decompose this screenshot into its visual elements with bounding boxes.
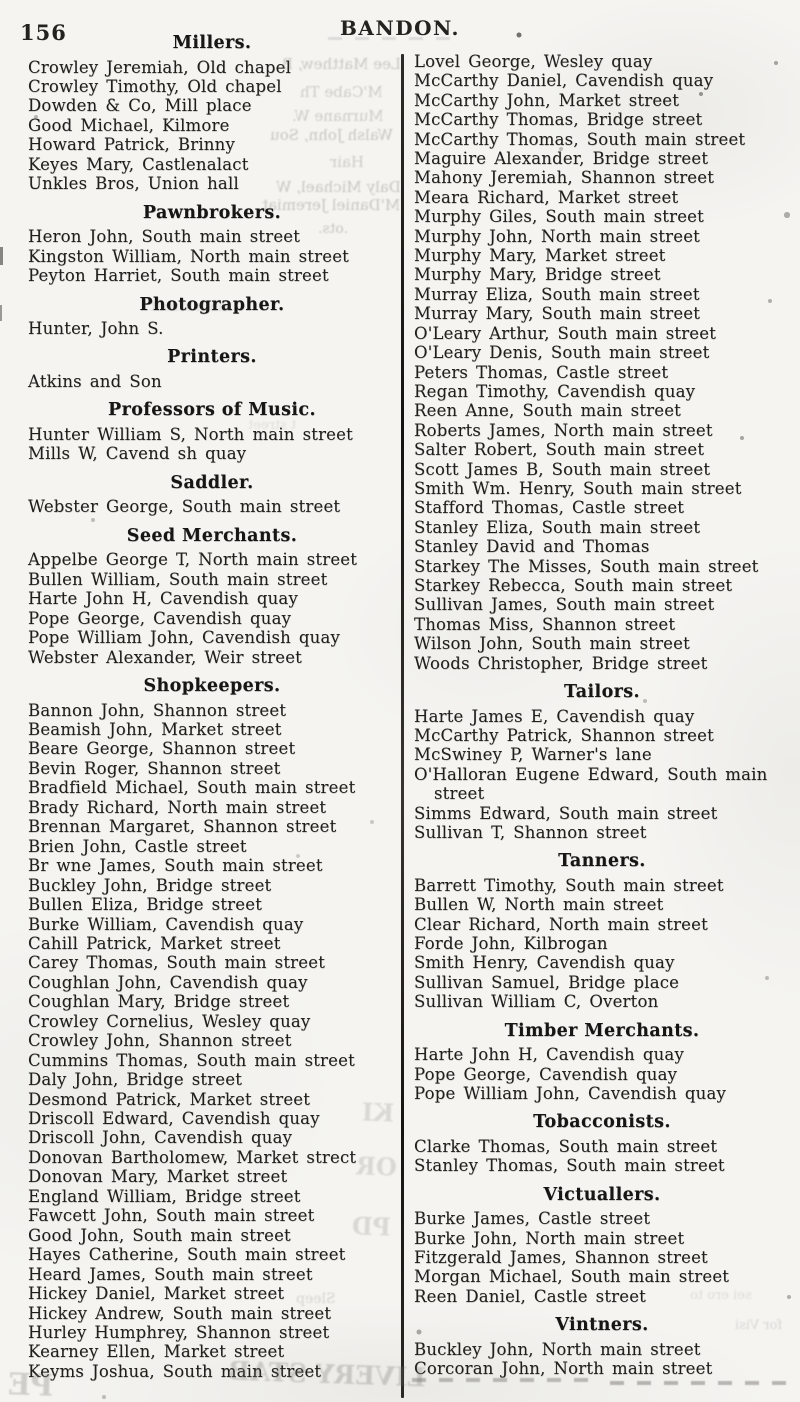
directory-entry: McCarthy Thomas, South main street — [414, 130, 790, 149]
section-heading: Tailors. — [414, 683, 790, 703]
bleedthrough-text: M'Daniel Jeremiat — [262, 196, 400, 214]
directory-entry: Scott James B, South main street — [414, 460, 790, 479]
directory-entry: Bannon John, Shannon street — [28, 701, 396, 720]
directory-entry: Roberts James, North main street — [414, 421, 790, 440]
bleedthrough-text: .ots. — [318, 221, 348, 237]
directory-section: Tanners.Barrett Timothy, South main stre… — [414, 852, 790, 1011]
directory-entry: Bullen W, North main street — [414, 895, 790, 914]
directory-entry: Bullen Eliza, Bridge street — [28, 895, 396, 914]
directory-entry: Br wne James, South main street — [28, 856, 396, 875]
bleedthrough-text: sei ero to — [690, 1288, 752, 1303]
directory-entry: Cahill Patrick, Market street — [28, 934, 396, 953]
directory-entry: Woods Christopher, Bridge street — [414, 654, 790, 673]
directory-section: Pawnbrokers.Heron John, South main stree… — [28, 204, 396, 286]
bleedthrough-text: Murnane W. — [292, 107, 384, 125]
bleedthrough-text: Lee Matthew, B — [282, 55, 401, 73]
directory-entry: Simms Edward, South main street — [414, 804, 790, 823]
directory-section: Tailors.Harte James E, Cavendish quayMcC… — [414, 683, 790, 842]
directory-entry: Heard James, South main street — [28, 1265, 396, 1284]
section-heading: Printers. — [28, 348, 396, 368]
directory-entry: Hunter, John S. — [28, 319, 396, 338]
scan-speckles — [0, 0, 2, 2]
directory-entry: Reen Anne, South main street — [414, 401, 790, 420]
smudge-mark — [412, 1378, 594, 1382]
directory-entry: Morgan Michael, South main street — [414, 1267, 790, 1286]
directory-entry: O'Leary Arthur, South main street — [414, 324, 790, 343]
directory-entry: Forde John, Kilbrogan — [414, 934, 790, 953]
directory-entry: Murphy Giles, South main street — [414, 207, 790, 226]
column-divider-rule — [401, 54, 404, 1398]
directory-entry: Clarke Thomas, South main street — [414, 1137, 790, 1156]
bleedthrough-text: PE — [7, 1367, 54, 1402]
directory-entry: Stanley David and Thomas — [414, 537, 790, 556]
directory-entry: Kearney Ellen, Market street — [28, 1342, 396, 1361]
directory-entry: Murphy John, North main street — [414, 227, 790, 246]
directory-entry: Barrett Timothy, South main street — [414, 876, 790, 895]
directory-entry: Hickey Andrew, South main street — [28, 1304, 396, 1323]
bleedthrough-text: main street — [150, 299, 231, 315]
directory-entry: Mahony Jeremiah, Shannon street — [414, 168, 790, 187]
directory-entry: Pope William John, Cavendish quay — [28, 628, 396, 647]
directory-entry: Hickey Daniel, Market street — [28, 1284, 396, 1303]
bleedthrough-text: for Visi — [735, 1318, 782, 1333]
bleedthrough-text: Sleep — [296, 1291, 336, 1307]
directory-entry: Pope George, Cavendish quay — [28, 609, 396, 628]
directory-entry: Good John, South main street — [28, 1226, 396, 1245]
directory-entry: Fawcett John, South main street — [28, 1206, 396, 1225]
directory-entry: Coughlan John, Cavendish quay — [28, 973, 396, 992]
directory-entry: Salter Robert, South main street — [414, 440, 790, 459]
directory-entry: Corcoran John, North main street — [414, 1359, 790, 1378]
directory-entry: Driscoll John, Cavendish quay — [28, 1128, 396, 1147]
directory-entry: Harte John H, Cavendish quay — [28, 589, 396, 608]
bleedthrough-text: KI — [362, 1097, 395, 1127]
bleedthrough-text: Daly Michael, W — [276, 178, 401, 196]
directory-entry: Clear Richard, North main street — [414, 915, 790, 934]
section-heading: Shopkeepers. — [28, 677, 396, 697]
directory-entry: Hunter William S, North main street — [28, 425, 396, 444]
directory-entry: McCarthy Thomas, Bridge street — [414, 110, 790, 129]
directory-entry: Appelbe George T, North main street — [28, 550, 396, 569]
bleedthrough-text: OR — [356, 1151, 398, 1181]
scan-edge-mark — [0, 247, 3, 265]
section-heading: Tanners. — [414, 852, 790, 872]
directory-entry: Stafford Thomas, Castle street — [414, 498, 790, 517]
section-heading: Vintners. — [414, 1316, 790, 1336]
directory-entry: Peters Thomas, Castle street — [414, 363, 790, 382]
directory-entry: Donovan Bartholomew, Market strect — [28, 1148, 396, 1167]
scan-edge-mark — [0, 305, 2, 321]
directory-entry: O'Leary Denis, South main street — [414, 343, 790, 362]
directory-entry: O'Halloran Eugene Edward, South main str… — [414, 765, 790, 804]
directory-entry: Webster George, South main street — [28, 497, 396, 516]
directory-entry: Thomas Miss, Shannon street — [414, 615, 790, 634]
bleedthrough-text: Hair — [330, 153, 364, 171]
section-heading: Saddler. — [28, 474, 396, 494]
directory-entry: Stanley Thomas, South main street — [414, 1156, 790, 1175]
directory-entry: Regan Timothy, Cavendish quay — [414, 382, 790, 401]
directory-entry: Murray Mary, South main street — [414, 304, 790, 323]
directory-entry: Burke James, Castle street — [414, 1209, 790, 1228]
directory-entry: McCarthy Patrick, Shannon street — [414, 726, 790, 745]
section-heading: Millers. — [28, 34, 396, 54]
directory-entry: Smith Wm. Henry, South main street — [414, 479, 790, 498]
directory-entry: Sullivan Samuel, Bridge place — [414, 973, 790, 992]
directory-entry: Fitzgerald James, Shannon street — [414, 1248, 790, 1267]
directory-entry: McSwiney P, Warner's lane — [414, 745, 790, 764]
section-heading: Professors of Music. — [28, 401, 396, 421]
directory-entry: Hayes Catherine, South main street — [28, 1245, 396, 1264]
bleedthrough-text: LIVERY STAB — [228, 1357, 427, 1394]
directory-entry: Burke John, North main street — [414, 1229, 790, 1248]
section-heading: Victuallers. — [414, 1186, 790, 1206]
directory-section: Timber Merchants.Harte John H, Cavendish… — [414, 1022, 790, 1104]
directory-entry: Burke William, Cavendish quay — [28, 915, 396, 934]
directory-entry: England William, Bridge street — [28, 1187, 396, 1206]
directory-section: Tobacconists.Clarke Thomas, South main s… — [414, 1113, 790, 1175]
bleedthrough-text: M'Cabe Th — [300, 83, 383, 101]
directory-entry: Buckley John, Bridge street — [28, 876, 396, 895]
directory-section: Professors of Music.Hunter William S, No… — [28, 401, 396, 463]
directory-entry: Smith Henry, Cavendish quay — [414, 953, 790, 972]
directory-section: Shopkeepers.Bannon John, Shannon streetB… — [28, 677, 396, 1381]
directory-entry: Kingston William, North main street — [28, 247, 396, 266]
directory-entry: Driscoll Edward, Cavendish quay — [28, 1109, 396, 1128]
directory-entry: Atkins and Son — [28, 372, 396, 391]
directory-entry: Meara Richard, Market street — [414, 188, 790, 207]
directory-entry: Murray Eliza, South main street — [414, 285, 790, 304]
directory-entry: Sullivan James, South main street — [414, 595, 790, 614]
directory-entry: Maguire Alexander, Bridge street — [414, 149, 790, 168]
directory-entry: Brien John, Castle street — [28, 837, 396, 856]
directory-entry: Peyton Harriet, South main street — [28, 266, 396, 285]
directory-entry: Sullivan William C, Overton — [414, 992, 790, 1011]
directory-entry: Buckley John, North main street — [414, 1340, 790, 1359]
directory-entry: McCarthy Daniel, Cavendish quay — [414, 71, 790, 90]
directory-entry: Brennan Margaret, Shannon street — [28, 817, 396, 836]
directory-entry: Desmond Patrick, Market street — [28, 1090, 396, 1109]
directory-entry: Beare George, Shannon street — [28, 739, 396, 758]
directory-entry: Lovel George, Wesley quay — [414, 52, 790, 71]
directory-entry: Murphy Mary, Bridge street — [414, 265, 790, 284]
directory-entry: Harte James E, Cavendish quay — [414, 707, 790, 726]
directory-entry: Crowley Cornelius, Wesley quay — [28, 1012, 396, 1031]
bleedthrough-text: PD — [352, 1211, 392, 1241]
directory-section: Vintners.Buckley John, North main street… — [414, 1316, 790, 1378]
directory-entry: McCarthy John, Market street — [414, 91, 790, 110]
bleedthrough-text: Walsh John, Sou — [270, 126, 393, 144]
directory-section: Seed Merchants.Appelbe George T, North m… — [28, 527, 396, 667]
directory-entry: Starkey The Misses, South main street — [414, 557, 790, 576]
directory-entry: Mills W, Cavend sh quay — [28, 444, 396, 463]
directory-entry: Brady Richard, North main street — [28, 798, 396, 817]
directory-entry: Sullivan T, Shannon street — [414, 823, 790, 842]
directory-entry: Bullen William, South main street — [28, 570, 396, 589]
directory-section: Printers.Atkins and Son — [28, 348, 396, 391]
directory-entry: Hurley Humphrey, Shannon street — [28, 1323, 396, 1342]
bleedthrough-text: t street — [248, 418, 296, 433]
directory-entry: Carey Thomas, South main street — [28, 953, 396, 972]
directory-entry: Wilson John, South main street — [414, 634, 790, 653]
directory-entry: Starkey Rebecca, South main street — [414, 576, 790, 595]
directory-section: Saddler.Webster George, South main stree… — [28, 474, 396, 517]
directory-entry: Donovan Mary, Market street — [28, 1167, 396, 1186]
directory-entry: Beamish John, Market street — [28, 720, 396, 739]
directory-entry: Stanley Eliza, South main street — [414, 518, 790, 537]
directory-entry: Pope William John, Cavendish quay — [414, 1084, 790, 1103]
directory-page: 156 BANDON. Millers.Crowley Jeremiah, Ol… — [0, 0, 800, 1402]
directory-entry: Webster Alexander, Weir street — [28, 648, 396, 667]
directory-entry: Daly John, Bridge street — [28, 1070, 396, 1089]
section-heading: Timber Merchants. — [414, 1022, 790, 1042]
directory-entry: Bevin Roger, Shannon street — [28, 759, 396, 778]
section-heading: Tobacconists. — [414, 1113, 790, 1133]
directory-entry: Crowley John, Shannon street — [28, 1031, 396, 1050]
smudge-mark — [610, 1381, 792, 1385]
directory-entry: Cummins Thomas, South main street — [28, 1051, 396, 1070]
directory-entry: Bradfield Michael, South main street — [28, 778, 396, 797]
directory-entry: Harte John H, Cavendish quay — [414, 1045, 790, 1064]
directory-entry: Murphy Mary, Market street — [414, 246, 790, 265]
directory-entry: Pope George, Cavendish quay — [414, 1065, 790, 1084]
directory-entry: Coughlan Mary, Bridge street — [28, 992, 396, 1011]
directory-section: Lovel George, Wesley quayMcCarthy Daniel… — [414, 52, 790, 673]
section-heading: Seed Merchants. — [28, 527, 396, 547]
right-column: Lovel George, Wesley quayMcCarthy Daniel… — [414, 52, 790, 1379]
